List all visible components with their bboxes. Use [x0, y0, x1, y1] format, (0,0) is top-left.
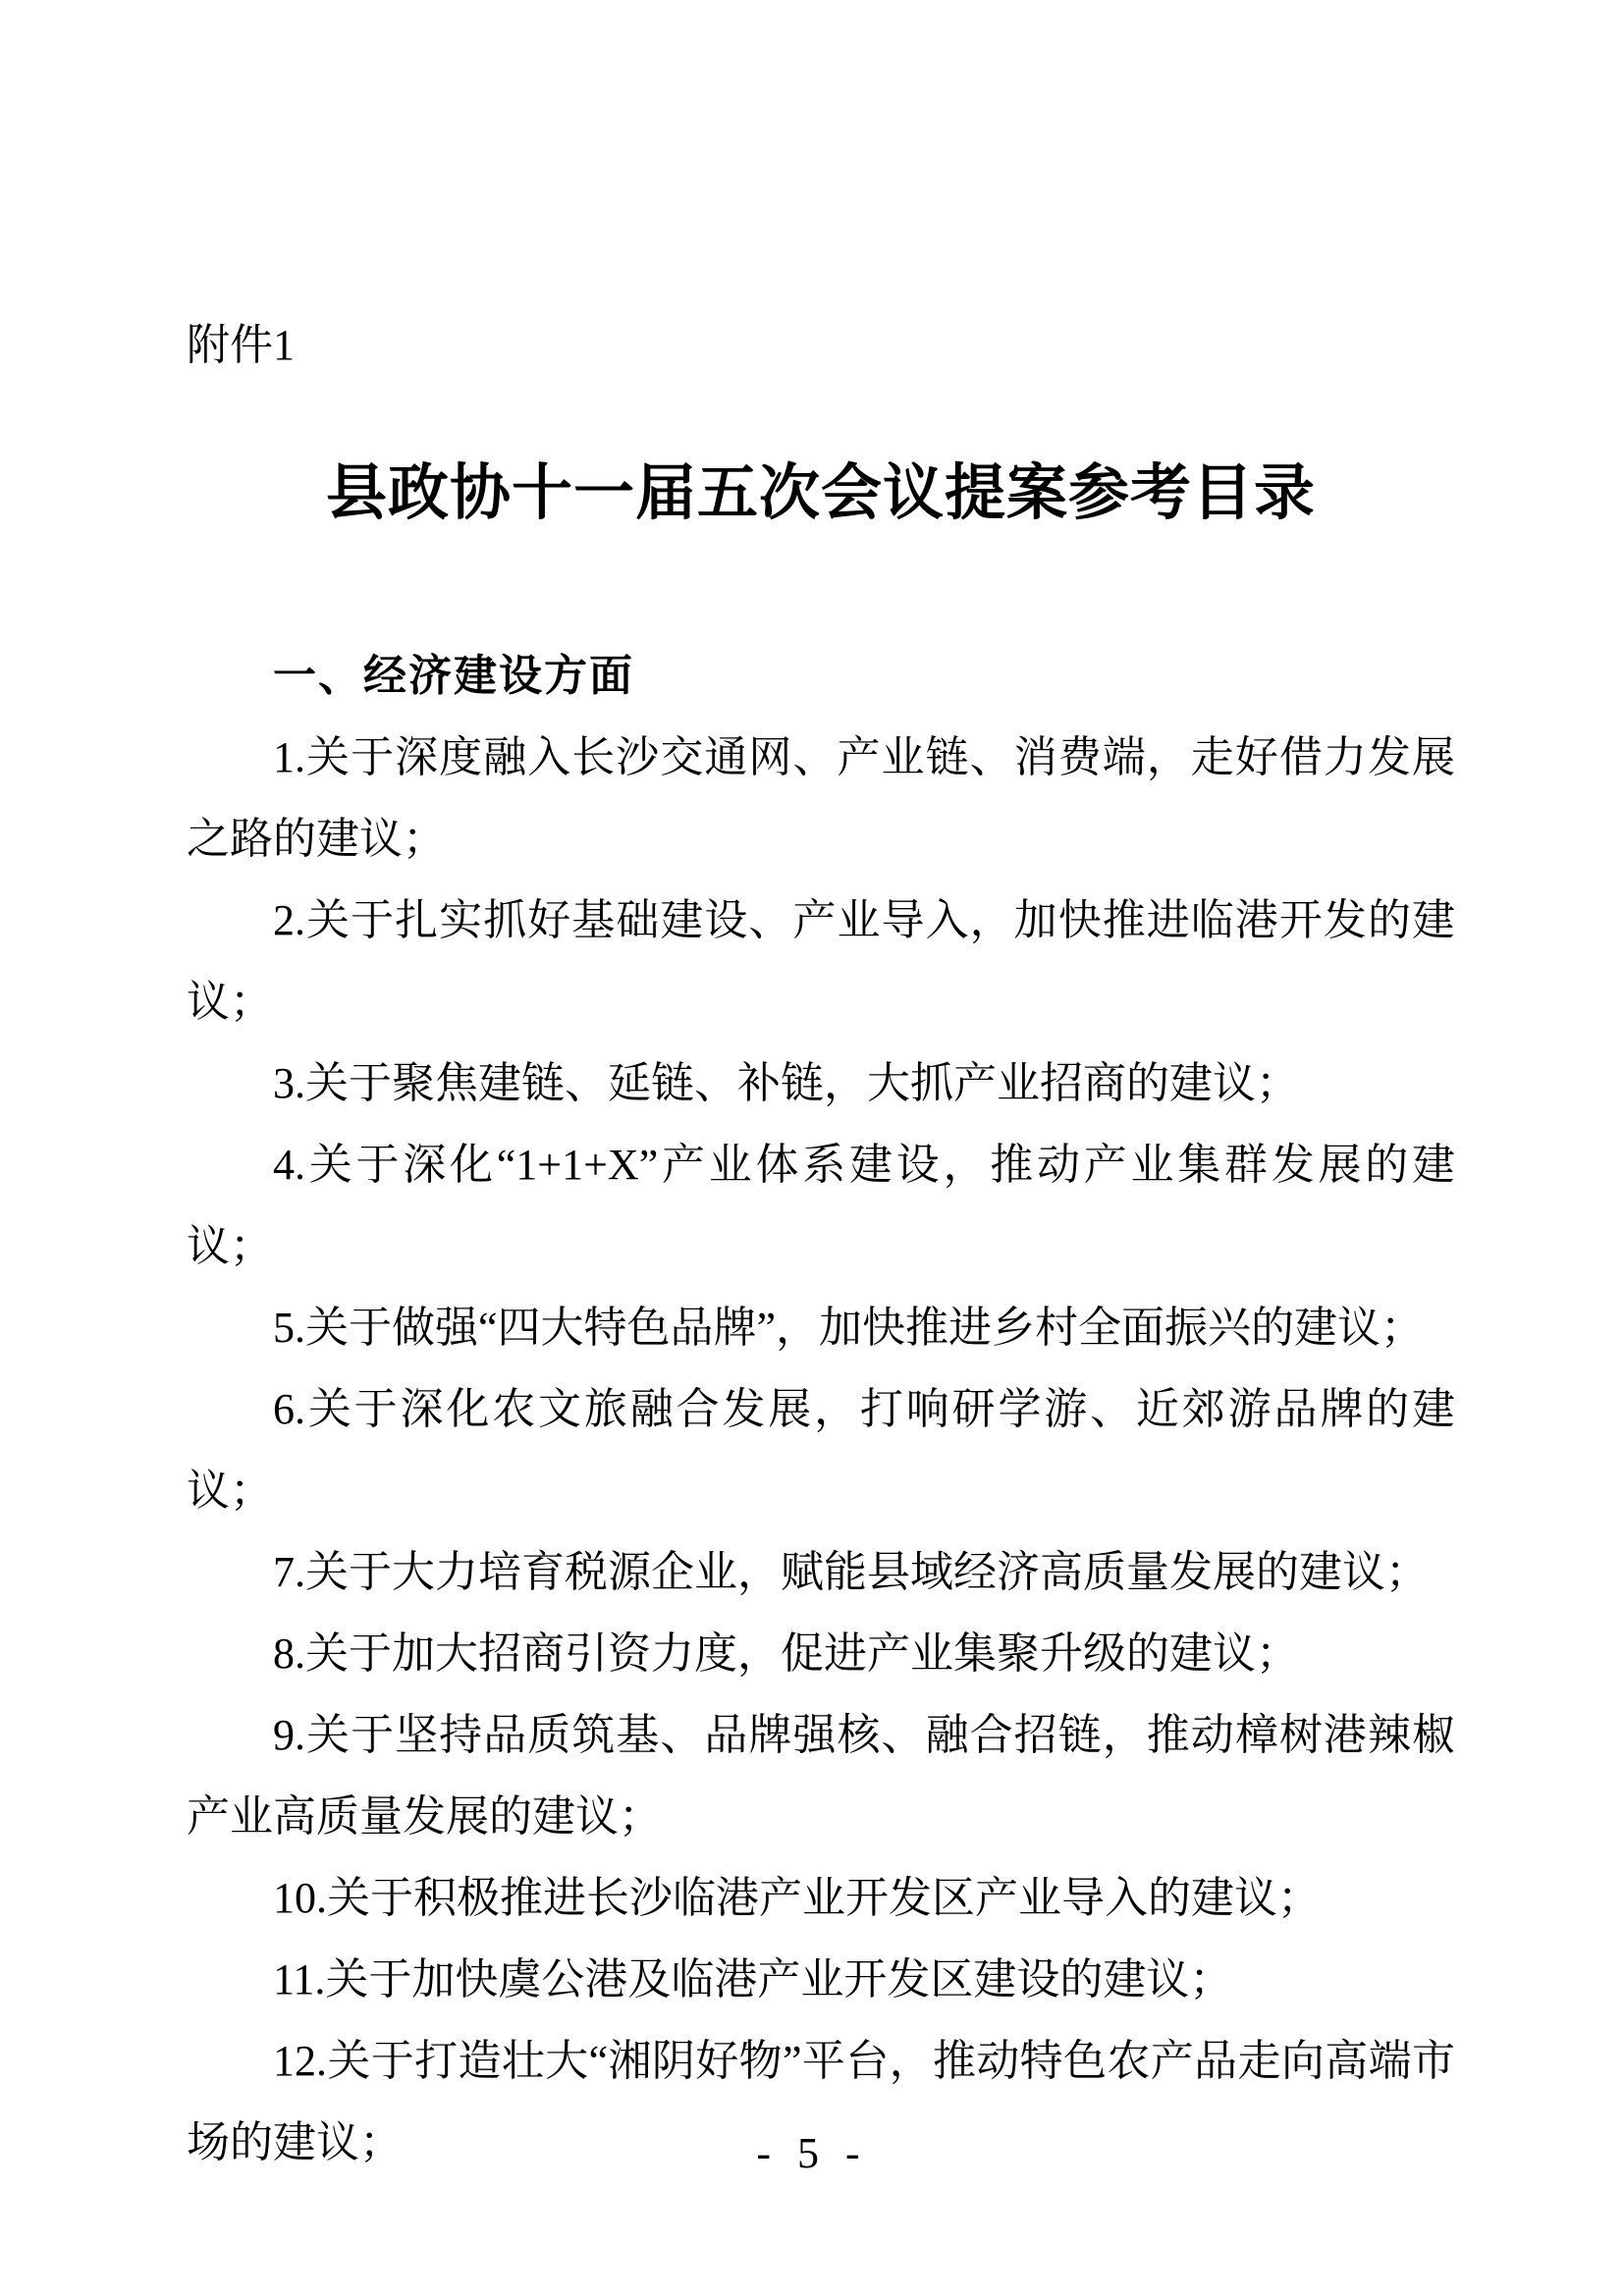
list-item-1: 1.关于深度融入长沙交通网、产业链、消费端，走好借力发展之路的建议；	[187, 717, 1455, 880]
list-item-6: 6.关于深化农文旅融合发展，打响研学游、近郊游品牌的建议；	[187, 1368, 1455, 1531]
list-item-4: 4.关于深化“1+1+X”产业体系建设，推动产业集群发展的建议；	[187, 1124, 1455, 1287]
document-page: 附件1 县政协十一届五次会议提案参考目录 一、经济建设方面 1.关于深度融入长沙…	[0, 0, 1624, 2296]
page-number: - 5 -	[0, 2128, 1624, 2178]
list-item-9: 9.关于坚持品质筑基、品牌强核、融合招链，推动樟树港辣椒产业高质量发展的建议；	[187, 1694, 1455, 1857]
list-item-3: 3.关于聚焦建链、延链、补链，大抓产业招商的建议；	[187, 1042, 1455, 1124]
document-content: 附件1 县政协十一届五次会议提案参考目录 一、经济建设方面 1.关于深度融入长沙…	[0, 0, 1624, 2183]
list-item-8: 8.关于加大招商引资力度，促进产业集聚升级的建议；	[187, 1613, 1455, 1694]
list-item-7: 7.关于大力培育税源企业，赋能县域经济高质量发展的建议；	[187, 1531, 1455, 1613]
document-title: 县政协十一届五次会议提案参考目录	[187, 454, 1455, 535]
list-item-2: 2.关于扎实抓好基础建设、产业导入，加快推进临港开发的建议；	[187, 880, 1455, 1042]
list-item-11: 11.关于加快虞公港及临港产业开发区建设的建议；	[187, 1939, 1455, 2020]
list-item-10: 10.关于积极推进长沙临港产业开发区产业导入的建议；	[187, 1857, 1455, 1939]
list-item-5: 5.关于做强“四大特色品牌”，加快推进乡村全面振兴的建议；	[187, 1287, 1455, 1368]
attachment-label: 附件1	[187, 304, 1455, 386]
section-heading: 一、经济建设方面	[187, 635, 1455, 717]
